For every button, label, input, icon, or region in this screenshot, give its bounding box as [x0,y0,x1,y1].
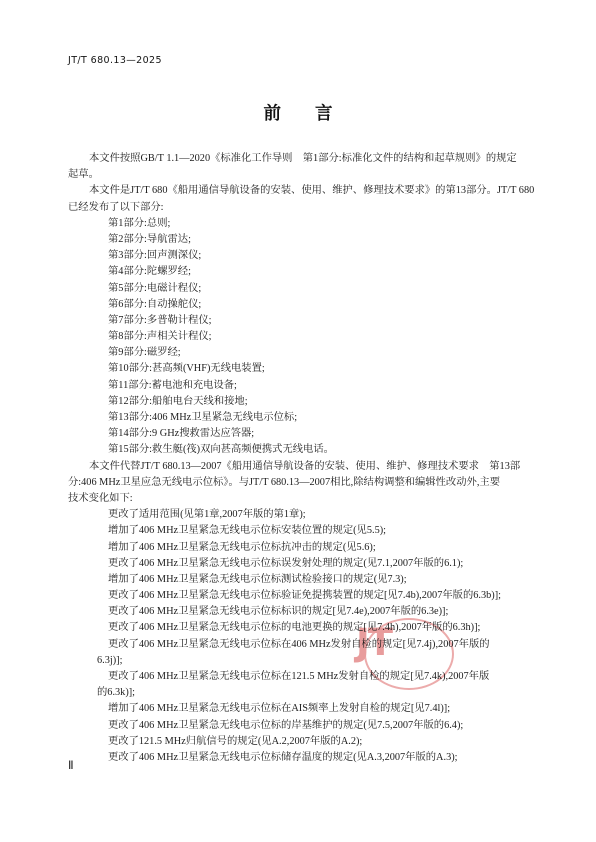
series-parts-list: 第1部分:总则;第2部分:导航雷达;第3部分:回声测深仪;第4部分:陀螺罗经;第… [68,216,529,459]
series-part-item: 第4部分:陀螺罗经; [68,264,529,280]
text-line: 已经发布了以下部分: [68,200,529,216]
technical-change-item: 的6.3k)]; [68,685,529,701]
technical-change-item: 更改了406 MHz卫星紧急无线电示位标在406 MHz发射自检的规定[见7.4… [68,637,529,653]
technical-changes-list: 更改了适用范围(见第1章,2007年版的第1章);增加了406 MHz卫星紧急无… [68,507,529,766]
text-line: 本文件代替JT/T 680.13—2007《船用通信导航设备的安装、使用、维护、… [68,459,529,475]
paragraph-replacement: 本文件代替JT/T 680.13—2007《船用通信导航设备的安装、使用、维护、… [68,459,529,508]
technical-change-item: 6.3j)]; [68,653,529,669]
foreword-title-char-1: 前 [264,103,282,123]
text-line: 起草。 [68,167,529,183]
series-part-item: 第7部分:多普勒计程仪; [68,313,529,329]
technical-change-item: 增加了406 MHz卫星紧急无线电示位标测试检验接口的规定(见7.3); [68,572,529,588]
series-part-item: 第11部分:蓄电池和充电设备; [68,378,529,394]
paragraph-drafting-basis: 本文件按照GB/T 1.1—2020《标准化工作导则 第1部分:标准化文件的结构… [68,151,529,183]
technical-change-item: 更改了406 MHz卫星紧急无线电示位标储存温度的规定(见A.3,2007年版的… [68,750,529,766]
technical-change-item: 更改了406 MHz卫星紧急无线电示位标验证免提携装置的规定[见7.4b),20… [68,588,529,604]
paragraph-series-intro: 本文件是JT/T 680《船用通信导航设备的安装、使用、维护、修理技术要求》的第… [68,183,529,215]
series-part-item: 第2部分:导航雷达; [68,232,529,248]
series-part-item: 第5部分:电磁计程仪; [68,281,529,297]
series-part-item: 第3部分:回声测深仪; [68,248,529,264]
technical-change-item: 更改了适用范围(见第1章,2007年版的第1章); [68,507,529,523]
series-part-item: 第8部分:声相关计程仪; [68,329,529,345]
text-line: 分:406 MHz卫星应急无线电示位标》。与JT/T 680.13—2007相比… [68,475,529,491]
series-part-item: 第9部分:磁罗经; [68,345,529,361]
series-part-item: 第14部分:9 GHz搜救雷达应答器; [68,426,529,442]
series-part-item: 第10部分:甚高频(VHF)无线电装置; [68,361,529,377]
technical-change-item: 更改了406 MHz卫星紧急无线电示位标误发射处理的规定(见7.1,2007年版… [68,556,529,572]
technical-change-item: 增加了406 MHz卫星紧急无线电示位标安装位置的规定(见5.5); [68,523,529,539]
technical-change-item: 更改了406 MHz卫星紧急无线电示位标的岸基维护的规定(见7.5,2007年版… [68,718,529,734]
series-part-item: 第15部分:救生艇(筏)双向甚高频便携式无线电话。 [68,442,529,458]
foreword-body: 本文件按照GB/T 1.1—2020《标准化工作导则 第1部分:标准化文件的结构… [68,151,529,766]
document-page: JT/T 680.13—2025 前言 JT 本文件按照GB/T 1.1—202… [0,0,596,842]
technical-change-item: 更改了121.5 MHz归航信号的规定(见A.2,2007年版的A.2); [68,734,529,750]
series-part-item: 第12部分:船舶电台天线和接地; [68,394,529,410]
text-line: 本文件按照GB/T 1.1—2020《标准化工作导则 第1部分:标准化文件的结构… [68,151,529,167]
foreword-title: 前言 [0,100,596,125]
series-part-item: 第6部分:自动操舵仪; [68,297,529,313]
standard-number: JT/T 680.13—2025 [68,55,162,66]
technical-change-item: 增加了406 MHz卫星紧急无线电示位标抗冲击的规定(见5.6); [68,540,529,556]
technical-change-item: 更改了406 MHz卫星紧急无线电示位标的电池更换的规定[见7.4h),2007… [68,620,529,636]
text-line: 本文件是JT/T 680《船用通信导航设备的安装、使用、维护、修理技术要求》的第… [68,183,529,199]
text-line: 技术变化如下: [68,491,529,507]
technical-change-item: 更改了406 MHz卫星紧急无线电示位标标识的规定[见7.4e),2007年版的… [68,604,529,620]
series-part-item: 第13部分:406 MHz卫星紧急无线电示位标; [68,410,529,426]
series-part-item: 第1部分:总则; [68,216,529,232]
technical-change-item: 增加了406 MHz卫星紧急无线电示位标在AIS频率上发射自检的规定[见7.4l… [68,701,529,717]
technical-change-item: 更改了406 MHz卫星紧急无线电示位标在121.5 MHz发射自检的规定[见7… [68,669,529,685]
foreword-title-char-2: 言 [315,103,333,123]
